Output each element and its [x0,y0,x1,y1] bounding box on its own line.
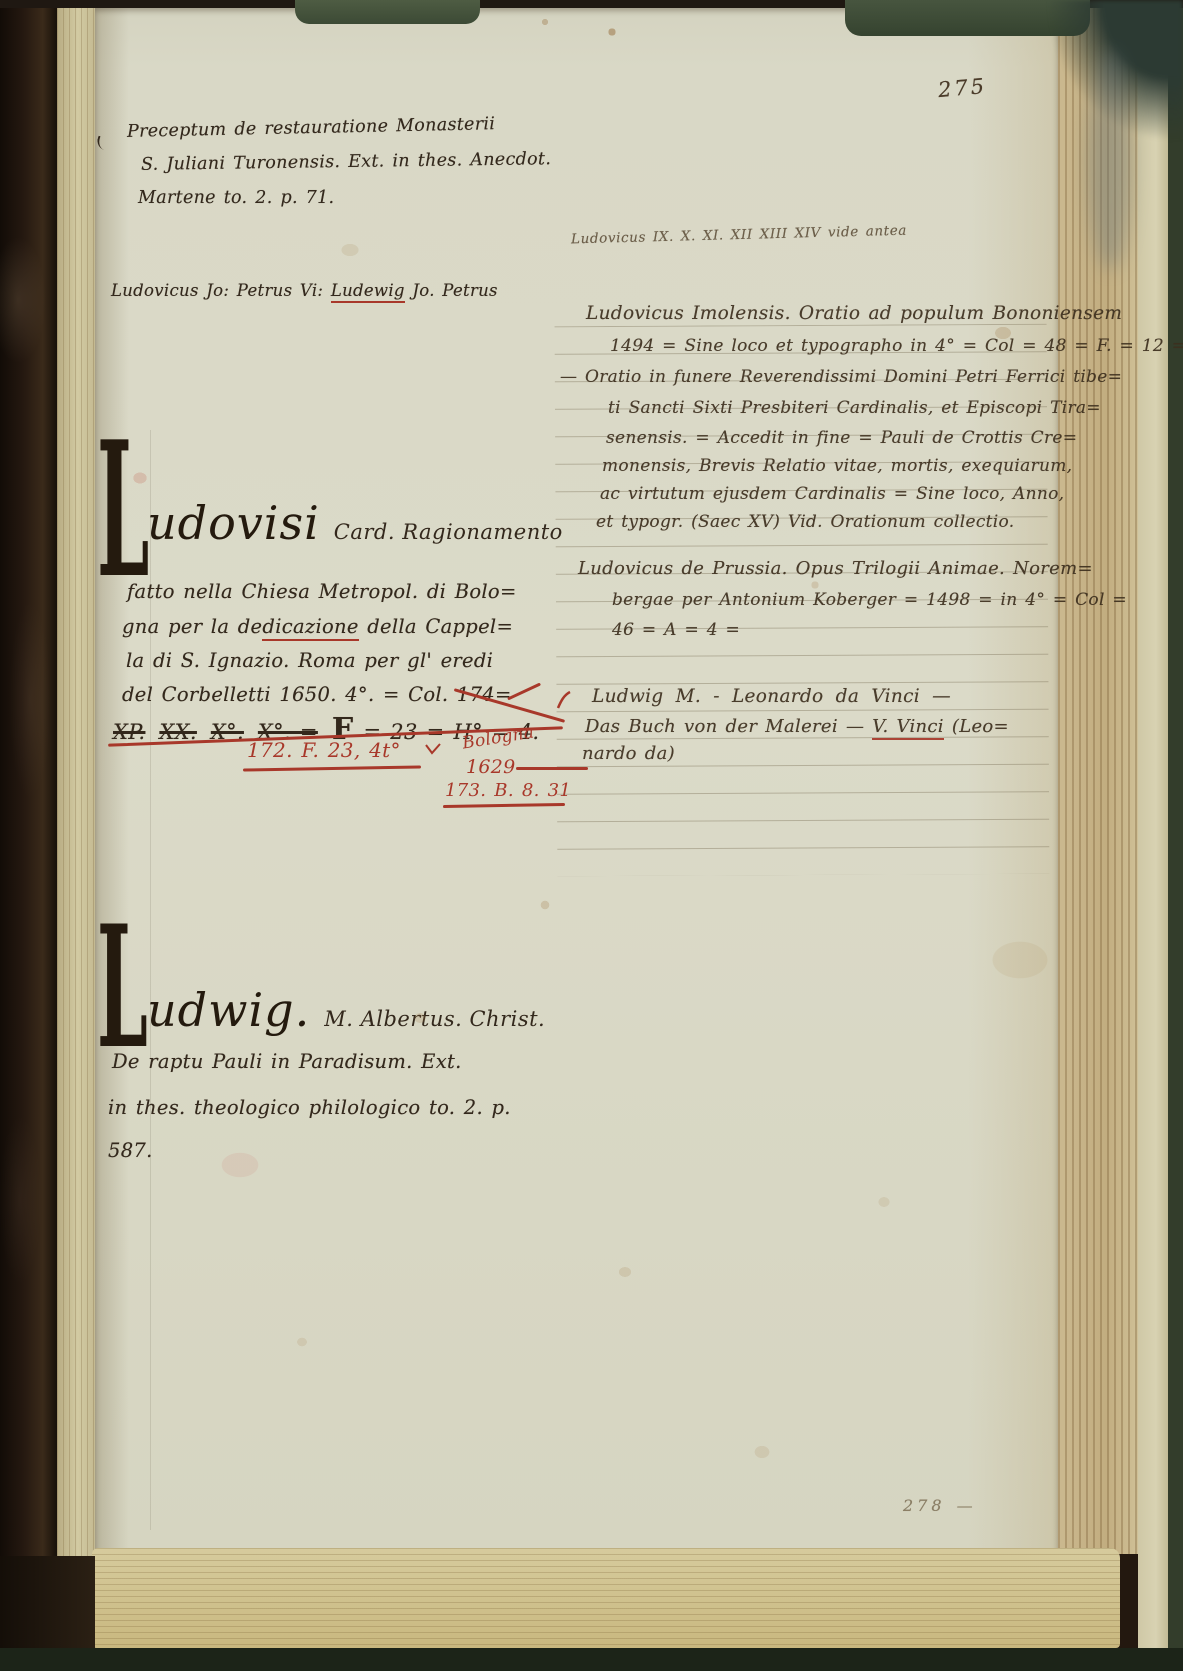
entry-line: 1494 = Sine loco et typographo in 4° = C… [610,336,1183,356]
entry-line: Ludovicus de Prussia. Opus Trilogii Anim… [578,558,1093,579]
pencil-page-number: 278 — [903,1496,977,1515]
entry-line: senensis. = Accedit in fine = Pauli de C… [606,428,1077,448]
entry-line: fatto nella Chiesa Metropol. di Bolo= [127,580,517,603]
red-dash [516,767,588,770]
entry-line-post: della Cappel= [359,615,513,638]
entry-line-pre: Das Buch von der Malerei — [585,716,872,737]
headword-rest: Card. Ragionamento [334,520,563,544]
book-cover-edge [1168,0,1183,1671]
entry-line-red-underlined: V. Vinci [872,716,944,740]
folio-number: 275 [937,74,988,102]
cross-reference-highlight: Ludewig [331,281,405,303]
entry-line-pre: gna per la de [122,615,262,638]
struck-token: XP. [113,720,145,744]
entry-line: Ludovicus Imolensis. Oratio ad populum B… [586,303,1122,324]
edge-smudge [1088,50,1132,270]
entry-line: — Oratio in funere Reverendissimi Domini… [560,367,1122,387]
entry-line-red-underlined: dicazione [262,615,358,641]
headword-row: udovisi Card. Ragionamento [147,496,563,550]
bottom-cover-edge [0,1648,1183,1671]
entry-line: Das Buch von der Malerei — V. Vinci (Leo… [585,716,1009,737]
entry-line: la di S. Ignazio. Roma per gl' eredi [126,649,493,672]
entry-line: De raptu Pauli in Paradisum. Ext. [112,1050,462,1073]
entry-line-pre: del Corbelletti 1650. 4°. = Col. [122,683,457,706]
drop-cap-initial: L [97,437,149,582]
red-vee-mark [424,742,442,756]
entry-line: monensis, Brevis Relatio vitae, mortis, … [602,456,1072,476]
headword: udwig. [147,983,310,1037]
entry-line: 587. [108,1139,153,1162]
cross-reference-pre: Ludovicus Jo: Petrus Vi: [111,281,331,300]
entry-line: 46 = A = 4 = [612,620,740,640]
entry-line: del Corbelletti 1650. 4°. = Col. 174= [122,683,512,706]
red-check-mark [556,690,572,710]
entry-line: Ludwig M. - Leonardo da Vinci — [592,686,951,707]
book-binding-edge [0,0,57,1671]
entry-line-post: (Leo= [944,716,1009,737]
red-shelfmark: 173. B. 8. 31 [445,780,571,801]
top-note-line: Martene to. 2. p. 71. [138,188,334,208]
cross-reference-line: Ludovicus Jo: Petrus Vi: Ludewig Jo. Pet… [111,281,498,300]
bottom-page-edges [92,1548,1120,1648]
headword: udovisi [147,496,320,550]
entry-line: nardo da) [582,743,675,764]
entry-line: in thes. theologico philologico to. 2. p… [108,1096,511,1119]
manuscript-scan: 275 Preceptum de restauratione Monasteri… [0,0,1183,1671]
entry-line: ac virtutum ejusdem Cardinalis = Sine lo… [600,484,1064,504]
previous-page-edge [57,6,95,1654]
headword-row: udwig. M. Albertus. Christ. [147,983,545,1037]
cross-reference-post: Jo. Petrus [405,281,498,300]
outer-page-edge [1138,0,1168,1671]
entry-line: ti Sancti Sixti Presbiteri Cardinalis, e… [608,398,1101,418]
cloth-patch [295,0,480,24]
entry-line: bergae per Antonium Koberger = 1498 = in… [612,590,1127,610]
red-year: 1629 [466,756,516,778]
red-shelfmark: 172. F. 23, 4t° [247,738,401,762]
headword-rest: M. Albertus. Christ. [324,1007,545,1031]
drop-cap-initial: L [97,922,148,1053]
entry-line: gna per la dedicazione della Cappel= [122,615,513,638]
entry-line: et typogr. (Saec XV) Vid. Orationum coll… [596,512,1014,532]
